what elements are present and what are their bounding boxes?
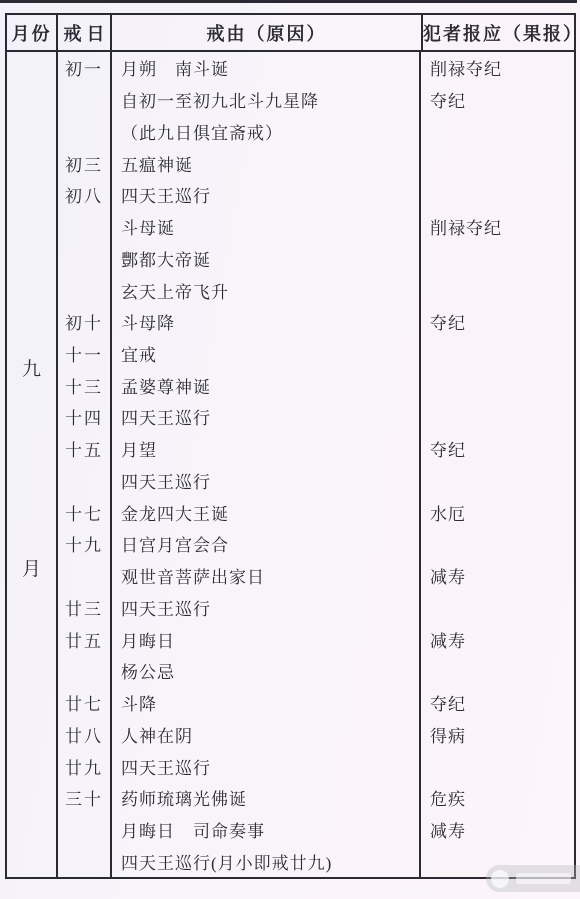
day-cell: 十四	[58, 401, 112, 433]
retribution-cell	[421, 242, 574, 274]
table-row: 初三五瘟神诞	[58, 147, 574, 179]
previous-table-bottom-edge	[0, 0, 577, 3]
reason-cell: 酆都大帝诞	[112, 242, 421, 274]
table-row: 玄天上帝飞升	[58, 274, 574, 306]
reason-cell: 宜戒	[112, 338, 421, 370]
table-row: 廿三四天王巡行	[58, 591, 574, 623]
retribution-cell	[421, 750, 574, 782]
header-reason: 戒由（原因）	[112, 15, 423, 50]
header-month: 月份	[7, 15, 58, 50]
reason-cell: 斗降	[112, 687, 421, 719]
table-row: 廿五月晦日减寿	[58, 623, 574, 655]
day-cell: 廿五	[58, 623, 112, 655]
table-row: 十五月望夺纪	[58, 433, 574, 465]
day-cell	[58, 211, 112, 243]
retribution-cell: 减寿	[421, 814, 574, 846]
reason-cell: 四天王巡行	[112, 750, 421, 782]
retribution-cell	[421, 591, 574, 623]
day-cell	[58, 655, 112, 687]
table-row: 自初一至初九北斗九星降夺纪	[58, 84, 574, 116]
table-row: （此九日俱宜斋戒）	[58, 115, 574, 147]
precept-calendar-table: 月份 戒日 戒由（原因） 犯者报应（果报） 九 月 初一月朔 南斗诞削禄夺纪自初…	[5, 13, 576, 879]
retribution-cell: 夺纪	[421, 433, 574, 465]
header-precept-day: 戒日	[58, 15, 112, 50]
reason-cell: 四天王巡行	[112, 591, 421, 623]
reason-cell: 月朔 南斗诞	[112, 52, 421, 84]
reason-cell: 杨公忌	[112, 655, 421, 687]
table-row: 十四四天王巡行	[58, 401, 574, 433]
table-row: 十一宜戒	[58, 338, 574, 370]
day-cell: 初三	[58, 147, 112, 179]
retribution-cell: 得病	[421, 718, 574, 750]
table-row: 廿九四天王巡行	[58, 750, 574, 782]
reason-cell: （此九日俱宜斋戒）	[112, 115, 421, 147]
retribution-cell	[421, 369, 574, 401]
table-row: 廿八人神在阴得病	[58, 718, 574, 750]
day-cell	[58, 115, 112, 147]
month-column: 九 月	[7, 52, 58, 877]
table-row: 十七金龙四大王诞水厄	[58, 496, 574, 528]
day-cell	[58, 845, 112, 877]
watermark-text-blur	[516, 873, 571, 884]
reason-cell: 四天王巡行	[112, 401, 421, 433]
day-cell: 三十	[58, 782, 112, 814]
table-row: 三十药师琉璃光佛诞危疾	[58, 782, 574, 814]
day-cell: 初一	[58, 52, 112, 84]
reason-cell: 自初一至初九北斗九星降	[112, 84, 421, 116]
table-body: 九 月 初一月朔 南斗诞削禄夺纪自初一至初九北斗九星降夺纪（此九日俱宜斋戒）初三…	[7, 52, 574, 877]
table-row: 初一月朔 南斗诞削禄夺纪	[58, 52, 574, 84]
table-row: 十九日宫月宫会合	[58, 528, 574, 560]
retribution-cell: 夺纪	[421, 687, 574, 719]
reason-cell: 斗母诞	[112, 211, 421, 243]
reason-cell: 四天王巡行(月小即戒廿九)	[112, 845, 421, 877]
retribution-cell	[421, 465, 574, 497]
reason-cell: 四天王巡行	[112, 465, 421, 497]
day-cell: 十九	[58, 528, 112, 560]
day-cell	[58, 560, 112, 592]
reason-cell: 观世音菩萨出家日	[112, 560, 421, 592]
retribution-cell	[421, 655, 574, 687]
table-rows: 初一月朔 南斗诞削禄夺纪自初一至初九北斗九星降夺纪（此九日俱宜斋戒）初三五瘟神诞…	[58, 52, 574, 877]
reason-cell: 孟婆尊神诞	[112, 369, 421, 401]
day-cell: 十五	[58, 433, 112, 465]
day-cell: 初八	[58, 179, 112, 211]
retribution-cell: 危疾	[421, 782, 574, 814]
table-row: 酆都大帝诞	[58, 242, 574, 274]
retribution-cell: 削禄夺纪	[421, 52, 574, 84]
retribution-cell	[421, 274, 574, 306]
day-cell: 十一	[58, 338, 112, 370]
day-cell: 廿三	[58, 591, 112, 623]
reason-cell: 玄天上帝飞升	[112, 274, 421, 306]
reason-cell: 金龙四大王诞	[112, 496, 421, 528]
month-char-nine: 九	[7, 354, 56, 381]
reason-cell: 月晦日	[112, 623, 421, 655]
reason-cell: 四天王巡行	[112, 179, 421, 211]
retribution-cell	[421, 401, 574, 433]
retribution-cell	[421, 528, 574, 560]
retribution-cell	[421, 115, 574, 147]
table-row: 廿七斗降夺纪	[58, 687, 574, 719]
reason-cell: 五瘟神诞	[112, 147, 421, 179]
retribution-cell	[421, 338, 574, 370]
reason-cell: 日宫月宫会合	[112, 528, 421, 560]
day-cell: 初十	[58, 306, 112, 338]
reason-cell: 月晦日 司命奏事	[112, 814, 421, 846]
day-cell: 十三	[58, 369, 112, 401]
table-row: 四天王巡行	[58, 465, 574, 497]
reason-cell: 月望	[112, 433, 421, 465]
day-cell: 十七	[58, 496, 112, 528]
retribution-cell: 削禄夺纪	[421, 211, 574, 243]
table-row: 月晦日 司命奏事减寿	[58, 814, 574, 846]
day-cell: 廿九	[58, 750, 112, 782]
retribution-cell: 减寿	[421, 560, 574, 592]
retribution-cell: 夺纪	[421, 84, 574, 116]
retribution-cell: 夺纪	[421, 306, 574, 338]
table-row: 十三孟婆尊神诞	[58, 369, 574, 401]
reason-cell: 药师琉璃光佛诞	[112, 782, 421, 814]
day-cell	[58, 84, 112, 116]
day-cell	[58, 465, 112, 497]
table-row: 初十斗母降夺纪	[58, 306, 574, 338]
table-header-row: 月份 戒日 戒由（原因） 犯者报应（果报）	[7, 15, 574, 52]
table-row: 斗母诞削禄夺纪	[58, 211, 574, 243]
day-cell	[58, 814, 112, 846]
retribution-cell	[421, 147, 574, 179]
watermark-circle-icon	[491, 870, 509, 888]
day-cell: 廿七	[58, 687, 112, 719]
retribution-cell: 水厄	[421, 496, 574, 528]
table-row: 观世音菩萨出家日减寿	[58, 560, 574, 592]
retribution-cell	[421, 179, 574, 211]
day-cell: 廿八	[58, 718, 112, 750]
table-row: 初八四天王巡行	[58, 179, 574, 211]
header-retribution: 犯者报应（果报）	[423, 15, 574, 50]
watermark-logo	[486, 865, 580, 892]
day-cell	[58, 274, 112, 306]
month-char-yue: 月	[7, 554, 56, 581]
reason-cell: 人神在阴	[112, 718, 421, 750]
table-row: 杨公忌	[58, 655, 574, 687]
reason-cell: 斗母降	[112, 306, 421, 338]
retribution-cell: 减寿	[421, 623, 574, 655]
day-cell	[58, 242, 112, 274]
